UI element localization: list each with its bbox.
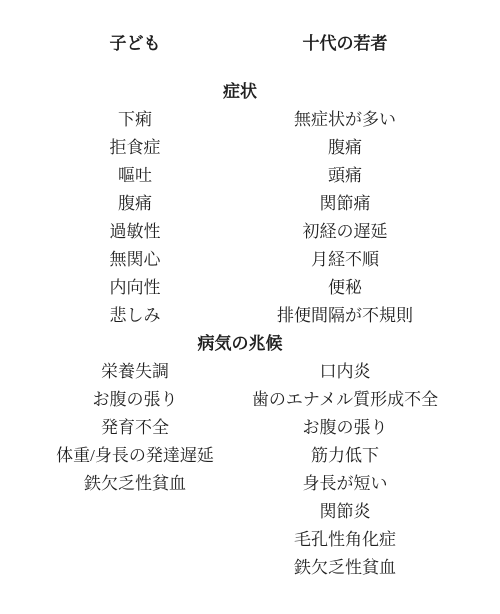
table-row: 栄養失調 口内炎 <box>30 358 450 386</box>
cell-children: 内向性 <box>30 274 240 302</box>
cell-children: 過敏性 <box>30 218 240 246</box>
table-row: 嘔吐 頭痛 <box>30 162 450 190</box>
cell-children: お腹の張り <box>30 386 240 414</box>
comparison-table: 子ども 十代の若者 症状 下痢 無症状が多い 拒食症 腹痛 嘔吐 頭痛 腹痛 関… <box>30 0 450 582</box>
cell-children: 体重/身長の発達遅延 <box>30 442 240 470</box>
cell-teens: 排便間隔が不規則 <box>240 302 450 330</box>
table-row: 下痢 無症状が多い <box>30 106 450 134</box>
table-row: 拒食症 腹痛 <box>30 134 450 162</box>
table-row: 悲しみ 排便間隔が不規則 <box>30 302 450 330</box>
table-row: 関節炎 <box>30 498 450 526</box>
cell-children <box>30 526 240 554</box>
table-row: 鉄欠乏性貧血 <box>30 554 450 582</box>
table-row: 鉄欠乏性貧血 身長が短い <box>30 470 450 498</box>
cell-children: 栄養失調 <box>30 358 240 386</box>
cell-children: 拒食症 <box>30 134 240 162</box>
table-row: 体重/身長の発達遅延 筋力低下 <box>30 442 450 470</box>
cell-children <box>30 554 240 582</box>
cell-teens: 頭痛 <box>240 162 450 190</box>
table-row: 毛孔性角化症 <box>30 526 450 554</box>
cell-children: 無関心 <box>30 246 240 274</box>
cell-teens: 便秘 <box>240 274 450 302</box>
header-spacer <box>30 58 450 78</box>
table-row: 内向性 便秘 <box>30 274 450 302</box>
column-header-teens: 十代の若者 <box>240 30 450 58</box>
section-title-symptoms: 症状 <box>30 78 450 106</box>
cell-children: 悲しみ <box>30 302 240 330</box>
table-row: 無関心 月経不順 <box>30 246 450 274</box>
table-row: 過敏性 初経の遅延 <box>30 218 450 246</box>
cell-teens: 口内炎 <box>240 358 450 386</box>
cell-teens: 関節痛 <box>240 190 450 218</box>
table-row: 発育不全 お腹の張り <box>30 414 450 442</box>
cell-teens: 歯のエナメル質形成不全 <box>240 386 450 414</box>
cell-teens: 身長が短い <box>240 470 450 498</box>
cell-teens: 初経の遅延 <box>240 218 450 246</box>
cell-children: 嘔吐 <box>30 162 240 190</box>
cell-teens: 毛孔性角化症 <box>240 526 450 554</box>
cell-children: 鉄欠乏性貧血 <box>30 470 240 498</box>
table-row: 腹痛 関節痛 <box>30 190 450 218</box>
cell-children: 発育不全 <box>30 414 240 442</box>
cell-teens: 鉄欠乏性貧血 <box>240 554 450 582</box>
column-header-children: 子ども <box>30 30 240 58</box>
column-header-row: 子ども 十代の若者 <box>30 30 450 58</box>
cell-teens: お腹の張り <box>240 414 450 442</box>
cell-children <box>30 498 240 526</box>
cell-teens: 関節炎 <box>240 498 450 526</box>
cell-teens: 月経不順 <box>240 246 450 274</box>
cell-teens: 無症状が多い <box>240 106 450 134</box>
table-row: お腹の張り 歯のエナメル質形成不全 <box>30 386 450 414</box>
section-title-signs-of-illness: 病気の兆候 <box>30 330 450 358</box>
cell-children: 腹痛 <box>30 190 240 218</box>
cell-children: 下痢 <box>30 106 240 134</box>
cell-teens: 筋力低下 <box>240 442 450 470</box>
cell-teens: 腹痛 <box>240 134 450 162</box>
